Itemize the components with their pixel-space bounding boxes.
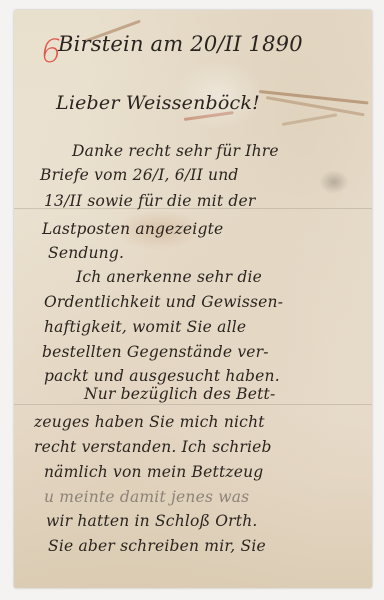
body-line: 13/II sowie für die mit der xyxy=(44,192,255,210)
body-line: nämlich von mein Bettzeug xyxy=(44,463,263,481)
body-line: Nur bezüglich des Bett- xyxy=(84,385,275,403)
body-line: Briefe vom 26/I, 6/II und xyxy=(40,166,239,184)
body-line: Danke recht sehr für Ihre xyxy=(72,142,279,160)
body-line: Lastposten angezeigte xyxy=(42,220,223,238)
body-line: Ordentlichkeit und Gewissen- xyxy=(44,293,283,311)
body-line: Sendung. xyxy=(48,244,124,262)
water-stain xyxy=(319,170,349,194)
place-date-line: Birstein am 20/II 1890 xyxy=(58,32,303,56)
body-line: recht verstanden. Ich schrieb xyxy=(34,438,272,456)
fold-line xyxy=(14,404,372,406)
body-line: zeuges haben Sie mich nicht xyxy=(34,413,265,431)
body-line: haftigkeit, womit Sie alle xyxy=(44,318,246,336)
ink-stain-streak xyxy=(282,113,338,126)
salutation: Lieber Weissenböck! xyxy=(56,92,260,114)
body-line: Sie aber schreiben mir, Sie xyxy=(48,537,266,555)
body-line: packt und ausgesucht haben. xyxy=(44,367,280,385)
letter-page: 6 Birstein am 20/II 1890 Lieber Weissenb… xyxy=(14,10,372,588)
body-line: bestellten Gegenstände ver- xyxy=(42,343,269,361)
body-line: Ich anerkenne sehr die xyxy=(76,268,262,286)
body-line: wir hatten in Schloß Orth. xyxy=(46,512,258,530)
body-line: u meinte damit jenes was xyxy=(44,488,249,506)
